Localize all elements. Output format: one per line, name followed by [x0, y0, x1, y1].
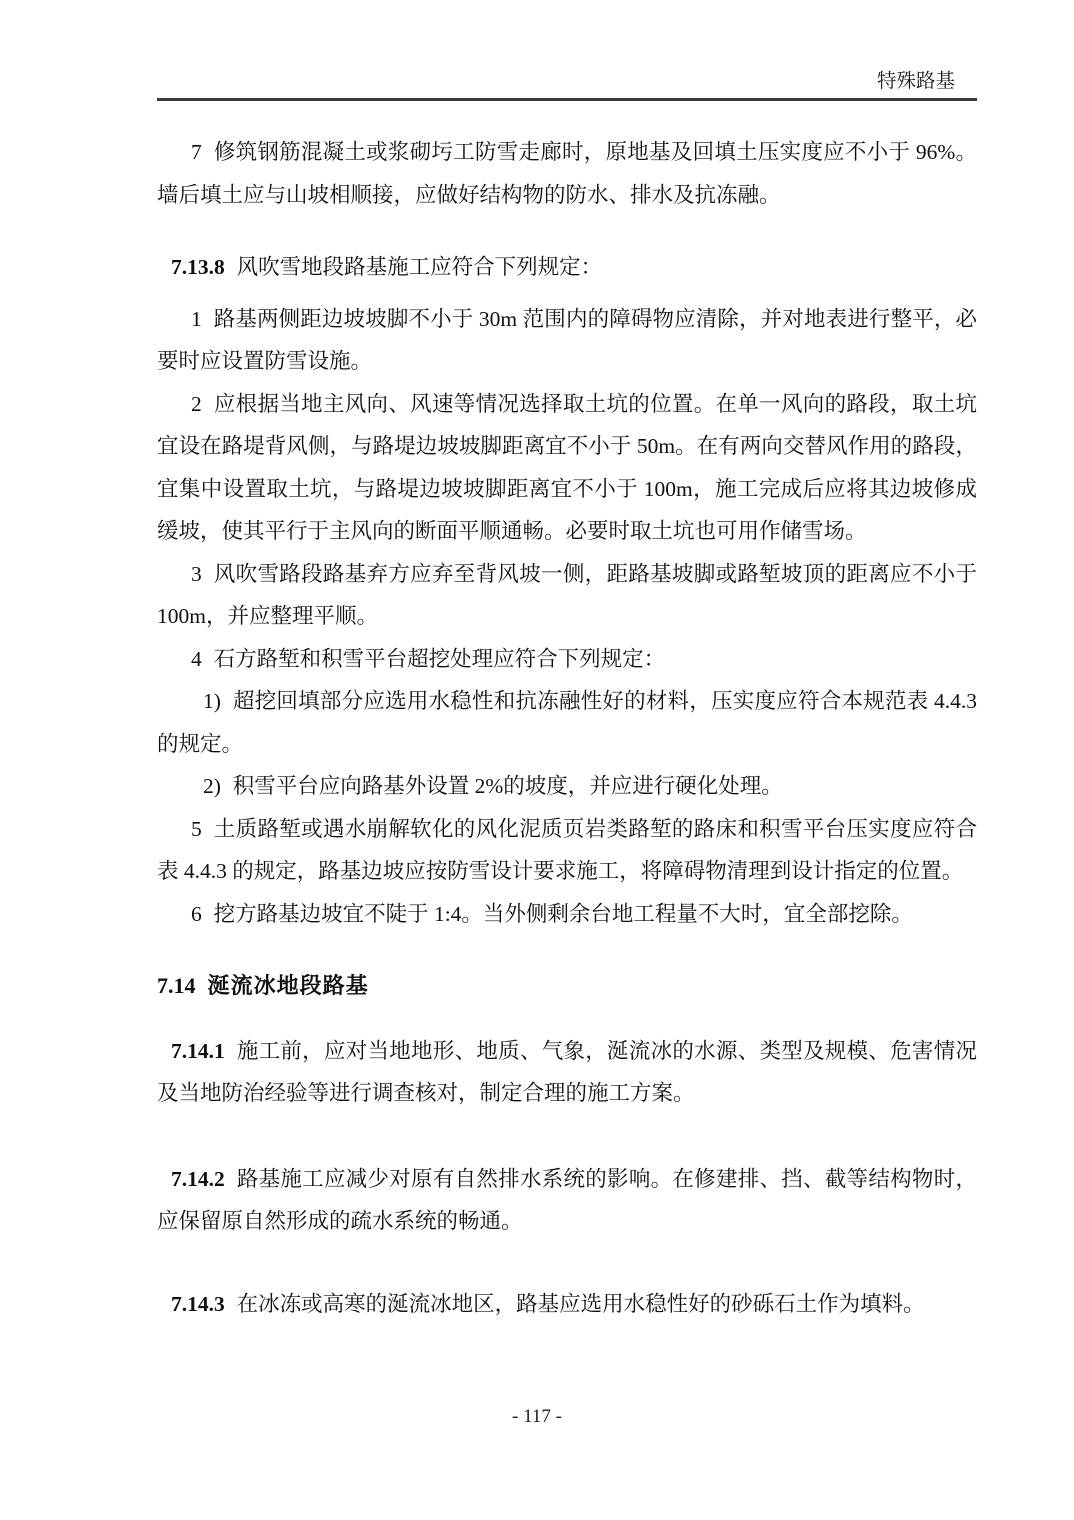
- document-body: 7修筑钢筋混凝土或浆砌圬工防雪走廊时，原地基及回填土压实度应不小于 96%。墙后…: [157, 131, 977, 1325]
- item-text: 应根据当地主风向、风速等情况选择取土坑的位置。在单一风向的路段，取土坑宜设在路堤…: [157, 392, 977, 544]
- item-number: 4: [191, 647, 202, 671]
- subitem-2-snow-platform: 2)积雪平台应向路基外设置 2%的坡度，并应进行硬化处理。: [157, 765, 977, 808]
- subitem-number: 1): [203, 689, 221, 713]
- section-title: 涎流冰地段路基: [208, 973, 369, 998]
- subitem-text: 积雪平台应向路基外设置 2%的坡度，并应进行硬化处理。: [233, 774, 783, 798]
- clause-number: 7.14.1: [171, 1039, 225, 1063]
- item-number: 1: [191, 307, 202, 331]
- item-6-cut-slope: 6挖方路基边坡宜不陡于 1:4。当外侧剩余台地工程量不大时，宜全部挖除。: [157, 893, 977, 936]
- item-text: 风吹雪路段路基弃方应弃至背风坡一侧，距路基坡脚或路堑坡顶的距离应不小于 100m…: [157, 562, 977, 629]
- item-text: 挖方路基边坡宜不陡于 1:4。当外侧剩余台地工程量不大时，宜全部挖除。: [214, 902, 913, 926]
- clause-7-13-8: 7.13.8风吹雪地段路基施工应符合下列规定：: [157, 246, 977, 289]
- item-text: 修筑钢筋混凝土或浆砌圬工防雪走廊时，原地基及回填土压实度应不小于 96%。墙后填…: [157, 140, 977, 207]
- item-7-snow-corridor: 7修筑钢筋混凝土或浆砌圬工防雪走廊时，原地基及回填土压实度应不小于 96%。墙后…: [157, 131, 977, 216]
- subitem-1-backfill: 1)超挖回填部分应选用水稳性和抗冻融性好的材料，压实度应符合本规范表 4.4.3…: [157, 680, 977, 765]
- section-heading-7-14: 7.14涎流冰地段路基: [157, 965, 977, 1008]
- page-footer: - 117 -: [0, 1405, 1074, 1429]
- running-header-title: 特殊路基: [157, 71, 977, 93]
- item-2-borrow-pit: 2应根据当地主风向、风速等情况选择取土坑的位置。在单一风向的路段，取土坑宜设在路…: [157, 383, 977, 553]
- clause-number: 7.14.3: [171, 1292, 225, 1316]
- clause-text: 在冰冻或高寒的涎流冰地区，路基应选用水稳性好的砂砾石土作为填料。: [237, 1292, 925, 1316]
- item-number: 5: [191, 817, 202, 841]
- clause-text: 风吹雪地段路基施工应符合下列规定：: [237, 255, 603, 279]
- page-number: - 117 -: [512, 1406, 562, 1427]
- item-number: 2: [191, 392, 202, 416]
- clause-text: 路基施工应减少对原有自然排水系统的影响。在修建排、挡、截等结构物时，应保留原自然…: [157, 1167, 977, 1234]
- section-number: 7.14: [157, 973, 196, 998]
- item-5-soil-cut: 5土质路堑或遇水崩解软化的风化泥质页岩类路堑的路床和积雪平台压实度应符合表 4.…: [157, 808, 977, 893]
- item-number: 7: [191, 140, 202, 164]
- page-header: 特殊路基: [157, 71, 977, 101]
- item-1-clearing: 1路基两侧距边坡坡脚不小于 30m 范围内的障碍物应清除，并对地表进行整平，必要…: [157, 298, 977, 383]
- clause-7-14-2: 7.14.2路基施工应减少对原有自然排水系统的影响。在修建排、挡、截等结构物时，…: [157, 1158, 977, 1243]
- subitem-number: 2): [203, 774, 221, 798]
- clause-7-14-1: 7.14.1施工前，应对当地地形、地质、气象，涎流冰的水源、类型及规模、危害情况…: [157, 1030, 977, 1115]
- clause-text: 施工前，应对当地地形、地质、气象，涎流冰的水源、类型及规模、危害情况及当地防治经…: [157, 1039, 977, 1106]
- clause-number: 7.13.8: [171, 255, 225, 279]
- clause-number: 7.14.2: [171, 1167, 225, 1191]
- item-number: 6: [191, 902, 202, 926]
- item-text: 路基两侧距边坡坡脚不小于 30m 范围内的障碍物应清除，并对地表进行整平，必要时…: [157, 307, 977, 374]
- item-number: 3: [191, 562, 202, 586]
- item-text: 土质路堑或遇水崩解软化的风化泥质页岩类路堑的路床和积雪平台压实度应符合表 4.4…: [157, 817, 977, 884]
- clause-7-14-3: 7.14.3在冰冻或高寒的涎流冰地区，路基应选用水稳性好的砂砾石土作为填料。: [157, 1283, 977, 1326]
- item-4-overcut: 4石方路堑和积雪平台超挖处理应符合下列规定：: [157, 638, 977, 681]
- item-3-spoil: 3风吹雪路段路基弃方应弃至背风坡一侧，距路基坡脚或路堑坡顶的距离应不小于 100…: [157, 553, 977, 638]
- item-text: 石方路堑和积雪平台超挖处理应符合下列规定：: [214, 647, 666, 671]
- document-page: 特殊路基 7修筑钢筋混凝土或浆砌圬工防雪走廊时，原地基及回填土压实度应不小于 9…: [0, 0, 1074, 1520]
- subitem-text: 超挖回填部分应选用水稳性和抗冻融性好的材料，压实度应符合本规范表 4.4.3 的…: [157, 689, 977, 756]
